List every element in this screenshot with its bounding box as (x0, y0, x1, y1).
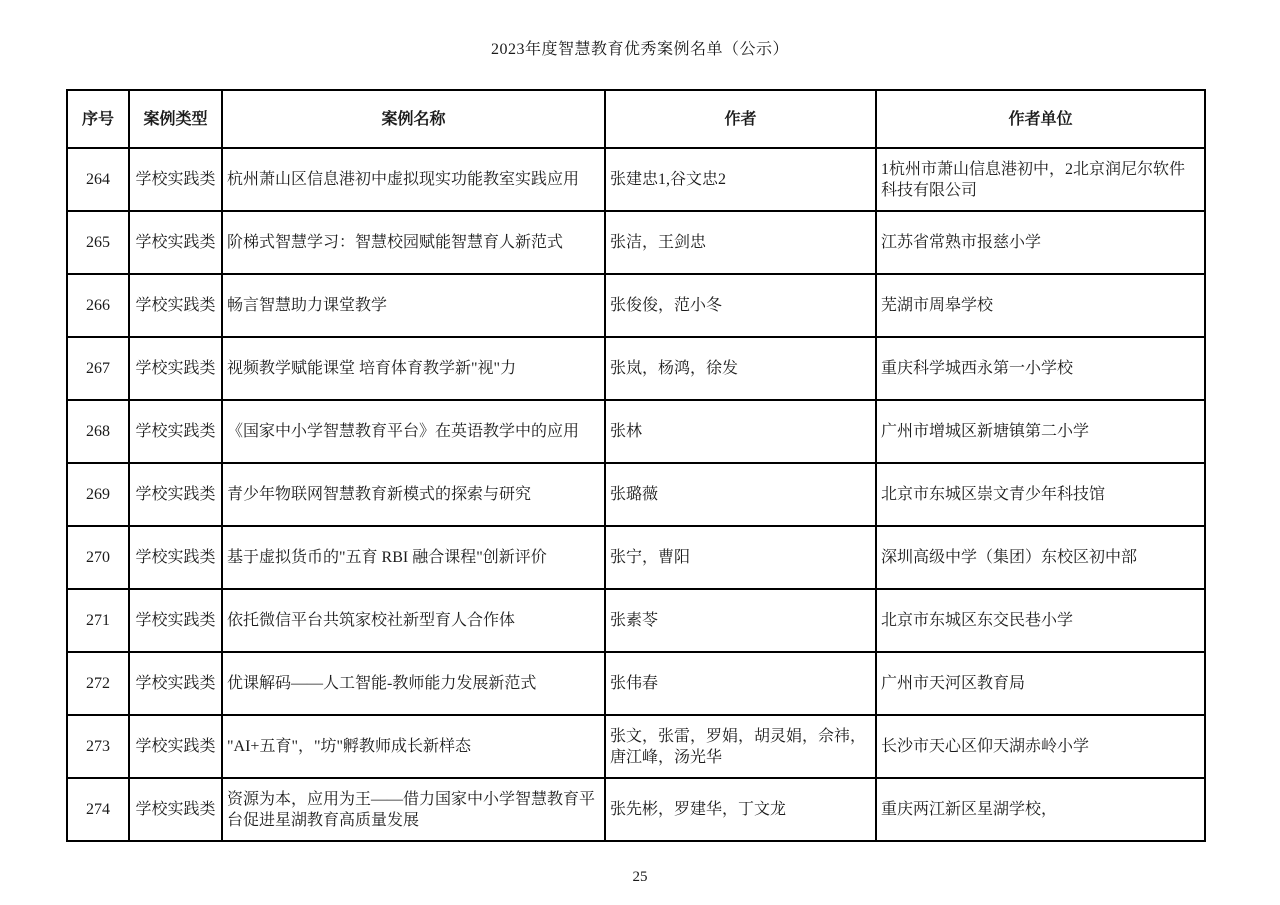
cell-case-type: 学校实践类 (129, 337, 222, 400)
cell-authors: 张俊俊，范小冬 (605, 274, 876, 337)
cell-serial-number: 267 (67, 337, 129, 400)
cell-author-org: 重庆科学城西永第一小学校 (876, 337, 1205, 400)
cell-authors: 张岚，杨鸿，徐发 (605, 337, 876, 400)
header-serial-number: 序号 (67, 90, 129, 148)
cell-authors: 张文，张雷，罗娟，胡灵娟，佘祎，唐江峰，汤光华 (605, 715, 876, 778)
table-row: 269 学校实践类 青少年物联网智慧教育新模式的探索与研究 张璐薇 北京市东城区… (67, 463, 1205, 526)
document-title: 2023年度智慧教育优秀案例名单（公示） (0, 0, 1280, 59)
cell-author-org: 1杭州市萧山信息港初中，2北京润尼尔软件科技有限公司 (876, 148, 1205, 211)
cell-author-org: 深圳高级中学（集团）东校区初中部 (876, 526, 1205, 589)
cell-author-org: 北京市东城区崇文青少年科技馆 (876, 463, 1205, 526)
cell-serial-number: 272 (67, 652, 129, 715)
cell-author-org: 北京市东城区东交民巷小学 (876, 589, 1205, 652)
table-row: 272 学校实践类 优课解码——人工智能-教师能力发展新范式 张伟春 广州市天河… (67, 652, 1205, 715)
table-row: 268 学校实践类 《国家中小学智慧教育平台》在英语教学中的应用 张林 广州市增… (67, 400, 1205, 463)
cell-author-org: 江苏省常熟市报慈小学 (876, 211, 1205, 274)
header-case-type: 案例类型 (129, 90, 222, 148)
cell-case-name: 资源为本，应用为王——借力国家中小学智慧教育平台促进星湖教育高质量发展 (222, 778, 605, 841)
cell-authors: 张建忠1,谷文忠2 (605, 148, 876, 211)
cell-authors: 张伟春 (605, 652, 876, 715)
table-row: 271 学校实践类 依托微信平台共筑家校社新型育人合作体 张素苓 北京市东城区东… (67, 589, 1205, 652)
cell-serial-number: 273 (67, 715, 129, 778)
cell-case-type: 学校实践类 (129, 589, 222, 652)
cell-authors: 张素苓 (605, 589, 876, 652)
cell-case-type: 学校实践类 (129, 715, 222, 778)
cell-case-name: 阶梯式智慧学习：智慧校园赋能智慧育人新范式 (222, 211, 605, 274)
cell-serial-number: 268 (67, 400, 129, 463)
cell-authors: 张林 (605, 400, 876, 463)
cell-case-type: 学校实践类 (129, 652, 222, 715)
cell-serial-number: 264 (67, 148, 129, 211)
cell-case-name: 基于虚拟货币的"五育 RBI 融合课程"创新评价 (222, 526, 605, 589)
table-body: 264 学校实践类 杭州萧山区信息港初中虚拟现实功能教室实践应用 张建忠1,谷文… (67, 148, 1205, 841)
cell-authors: 张宁，曹阳 (605, 526, 876, 589)
cell-author-org: 广州市增城区新塘镇第二小学 (876, 400, 1205, 463)
table-row: 274 学校实践类 资源为本，应用为王——借力国家中小学智慧教育平台促进星湖教育… (67, 778, 1205, 841)
cell-case-type: 学校实践类 (129, 400, 222, 463)
table-row: 266 学校实践类 畅言智慧助力课堂教学 张俊俊，范小冬 芜湖市周皋学校 (67, 274, 1205, 337)
header-authors: 作者 (605, 90, 876, 148)
page-number: 25 (0, 869, 1280, 886)
cell-serial-number: 265 (67, 211, 129, 274)
cell-author-org: 重庆两江新区星湖学校， (876, 778, 1205, 841)
table-row: 265 学校实践类 阶梯式智慧学习：智慧校园赋能智慧育人新范式 张洁，王剑忠 江… (67, 211, 1205, 274)
cell-author-org: 长沙市天心区仰天湖赤岭小学 (876, 715, 1205, 778)
cell-case-name: 畅言智慧助力课堂教学 (222, 274, 605, 337)
case-list-table: 序号 案例类型 案例名称 作者 作者单位 264 学校实践类 杭州萧山区信息港初… (66, 89, 1206, 842)
document-page: { "page": { "title": "2023年度智慧教育优秀案例名单（公… (0, 0, 1280, 905)
cell-authors: 张洁，王剑忠 (605, 211, 876, 274)
header-case-name: 案例名称 (222, 90, 605, 148)
table-header-row: 序号 案例类型 案例名称 作者 作者单位 (67, 90, 1205, 148)
cell-serial-number: 274 (67, 778, 129, 841)
table-row: 267 学校实践类 视频教学赋能课堂 培育体育教学新"视"力 张岚，杨鸿，徐发 … (67, 337, 1205, 400)
cell-case-name: "AI+五育"，"坊"孵教师成长新样态 (222, 715, 605, 778)
cell-serial-number: 270 (67, 526, 129, 589)
cell-case-name: 《国家中小学智慧教育平台》在英语教学中的应用 (222, 400, 605, 463)
cell-author-org: 广州市天河区教育局 (876, 652, 1205, 715)
header-author-org: 作者单位 (876, 90, 1205, 148)
cell-authors: 张先彬，罗建华，丁文龙 (605, 778, 876, 841)
cell-case-type: 学校实践类 (129, 211, 222, 274)
cell-case-type: 学校实践类 (129, 463, 222, 526)
cell-serial-number: 266 (67, 274, 129, 337)
table-row: 270 学校实践类 基于虚拟货币的"五育 RBI 融合课程"创新评价 张宁，曹阳… (67, 526, 1205, 589)
cell-case-name: 杭州萧山区信息港初中虚拟现实功能教室实践应用 (222, 148, 605, 211)
cell-case-name: 青少年物联网智慧教育新模式的探索与研究 (222, 463, 605, 526)
cell-case-type: 学校实践类 (129, 526, 222, 589)
cell-case-type: 学校实践类 (129, 274, 222, 337)
table-row: 264 学校实践类 杭州萧山区信息港初中虚拟现实功能教室实践应用 张建忠1,谷文… (67, 148, 1205, 211)
cell-case-name: 依托微信平台共筑家校社新型育人合作体 (222, 589, 605, 652)
cell-serial-number: 269 (67, 463, 129, 526)
cell-serial-number: 271 (67, 589, 129, 652)
cell-case-type: 学校实践类 (129, 778, 222, 841)
table-row: 273 学校实践类 "AI+五育"，"坊"孵教师成长新样态 张文，张雷，罗娟，胡… (67, 715, 1205, 778)
cell-author-org: 芜湖市周皋学校 (876, 274, 1205, 337)
cell-case-name: 视频教学赋能课堂 培育体育教学新"视"力 (222, 337, 605, 400)
cell-case-type: 学校实践类 (129, 148, 222, 211)
cell-authors: 张璐薇 (605, 463, 876, 526)
cell-case-name: 优课解码——人工智能-教师能力发展新范式 (222, 652, 605, 715)
